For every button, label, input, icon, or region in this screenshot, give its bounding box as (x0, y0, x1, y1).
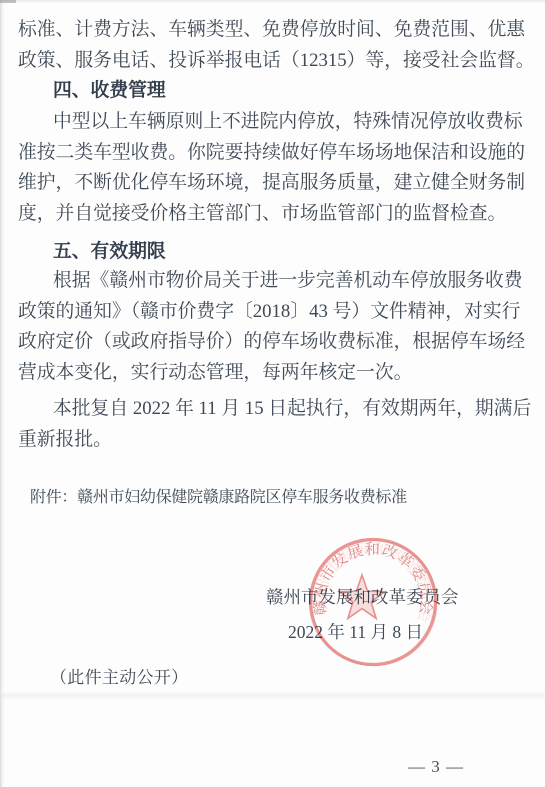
paragraph-fee-management: 中型以上车辆原则上不进院内停放，特殊情况停放收费标准按二类车型收费。你院要持续做… (18, 107, 530, 230)
text-line: 政策、服务电话、投诉举报电话（12315）等，接受社会监督。 (18, 46, 530, 77)
disclosure-note: （此件主动公开） (50, 663, 188, 688)
paragraph-effective-date: 本批复自 2022 年 11 月 15 日起执行，有效期两年，期满后重新报批。 (18, 394, 530, 455)
text-line: 根据《赣州市物价局关于进一步完善机动车停放服务收费 (18, 266, 530, 297)
text-line: 中型以上车辆原则上不进院内停放，特殊情况停放收费标 (18, 107, 530, 138)
scan-streak (0, 693, 545, 698)
text-line: 营成本变化，实行动态管理，每两年核定一次。 (18, 358, 530, 389)
seal-ring-text-ghost: 赣州市发展和改革委员会 (310, 532, 443, 625)
text-line: 标准、计费方法、车辆类型、免费停放时间、免费范围、优惠 (18, 15, 530, 46)
scan-edge-top (0, 0, 545, 3)
attachment-line: 附件：赣州市妇幼保健院赣康路院区停车服务收费标准 (30, 486, 407, 510)
text-line: 本批复自 2022 年 11 月 15 日起执行，有效期两年，期满后 (18, 394, 530, 425)
text-line: 政府定价（或政府指导价）的停车场收费标准，根据停车场经 (18, 327, 530, 358)
seal-star-icon (339, 575, 385, 618)
document-page: 标准、计费方法、车辆类型、免费停放时间、免费范围、优惠政策、服务电话、投诉举报电… (0, 0, 545, 787)
scan-edge-left (0, 0, 5, 787)
section-heading-fee-management: 四、收费管理 (18, 76, 545, 107)
text-line: 准按二类车型收费。你院要持续做好停车场场地保洁和设施的 (18, 138, 530, 169)
page-number: — 3 — (408, 757, 464, 777)
scan-edge-corner (0, 0, 16, 3)
paragraph-continuation: 标准、计费方法、车辆类型、免费停放时间、免费范围、优惠政策、服务电话、投诉举报电… (18, 15, 530, 76)
text-line: 维护，不断优化停车场环境，提高服务质量，建立健全财务制 (18, 168, 530, 199)
text-line: 政策的通知》（赣市价费字〔2018〕43 号）文件精神，对实行 (18, 297, 530, 328)
section-heading-validity: 五、有效期限 (18, 237, 545, 268)
official-seal: 赣州市发展和改革委员会 赣州市发展和改革委员会 (303, 532, 443, 672)
paragraph-validity: 根据《赣州市物价局关于进一步完善机动车停放服务收费政策的通知》（赣市价费字〔20… (18, 266, 530, 389)
text-line: 重新报批。 (18, 425, 530, 456)
text-line: 度，并自觉接受价格主管部门、市场监管部门的监督检查。 (18, 199, 530, 230)
